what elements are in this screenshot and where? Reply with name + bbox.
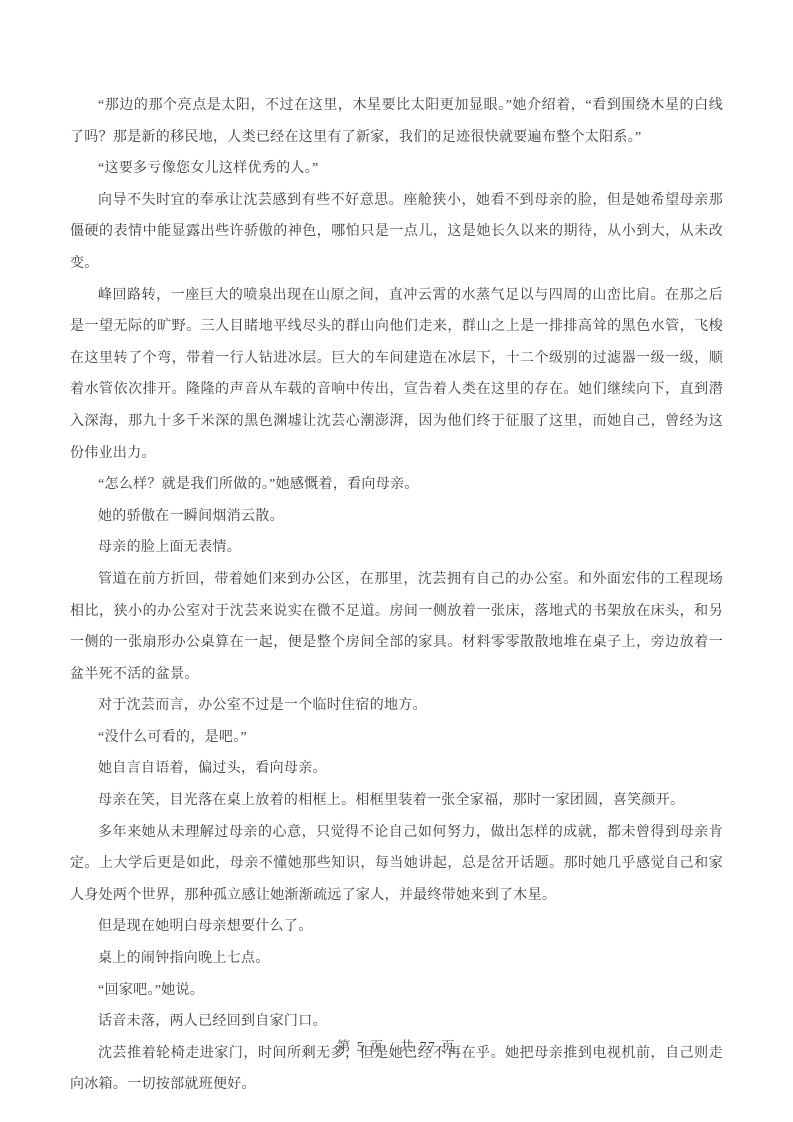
page-number: 第 5 页 / 共 77 页 bbox=[0, 1037, 793, 1057]
document-body: “那边的那个亮点是太阳，不过在这里，木星要比太阳更加显眼。”她介绍着，“看到围绕… bbox=[70, 90, 723, 1101]
story-paragraph: 话音未落，两人已经回到自家门口。 bbox=[70, 1006, 723, 1038]
story-paragraph: “怎么样？就是我们所做的。”她感慨着，看向母亲。 bbox=[70, 469, 723, 501]
story-paragraph: 管道在前方折回，带着她们来到办公区，在那里，沈芸拥有自己的办公室。和外面宏伟的工… bbox=[70, 564, 723, 690]
story-paragraph: “没什么可看的，是吧。” bbox=[70, 722, 723, 754]
document-page: “那边的那个亮点是太阳，不过在这里，木星要比太阳更加显眼。”她介绍着，“看到围绕… bbox=[0, 0, 793, 1122]
story-paragraph: 对于沈芸而言，办公室不过是一个临时住宿的地方。 bbox=[70, 690, 723, 722]
story-paragraph: 多年来她从未理解过母亲的心意，只觉得不论自己如何努力，做出怎样的成就，都未曾得到… bbox=[70, 817, 723, 912]
story-paragraph: 母亲在笑，目光落在桌上放着的相框上。相框里装着一张全家福，那时一家团圆，喜笑颜开… bbox=[70, 785, 723, 817]
story-paragraph: 母亲的脸上面无表情。 bbox=[70, 532, 723, 564]
story-paragraph: 桌上的闹钟指向晚上七点。 bbox=[70, 943, 723, 975]
story-paragraph: 向导不失时宜的奉承让沈芸感到有些不好意思。座舱狭小，她看不到母亲的脸，但是她希望… bbox=[70, 185, 723, 280]
story-paragraph: 但是现在她明白母亲想要什么了。 bbox=[70, 911, 723, 943]
story-paragraph: 她自言自语着，偏过头，看向母亲。 bbox=[70, 753, 723, 785]
story-paragraph: “回家吧。”她说。 bbox=[70, 975, 723, 1007]
story-paragraph: “那边的那个亮点是太阳，不过在这里，木星要比太阳更加显眼。”她介绍着，“看到围绕… bbox=[70, 90, 723, 153]
story-paragraph: 她的骄傲在一瞬间烟消云散。 bbox=[70, 501, 723, 533]
story-paragraph: “这要多亏像您女儿这样优秀的人。” bbox=[70, 153, 723, 185]
story-paragraph: 峰回路转，一座巨大的喷泉出现在山原之间，直冲云霄的水蒸气足以与四周的山峦比肩。在… bbox=[70, 280, 723, 470]
